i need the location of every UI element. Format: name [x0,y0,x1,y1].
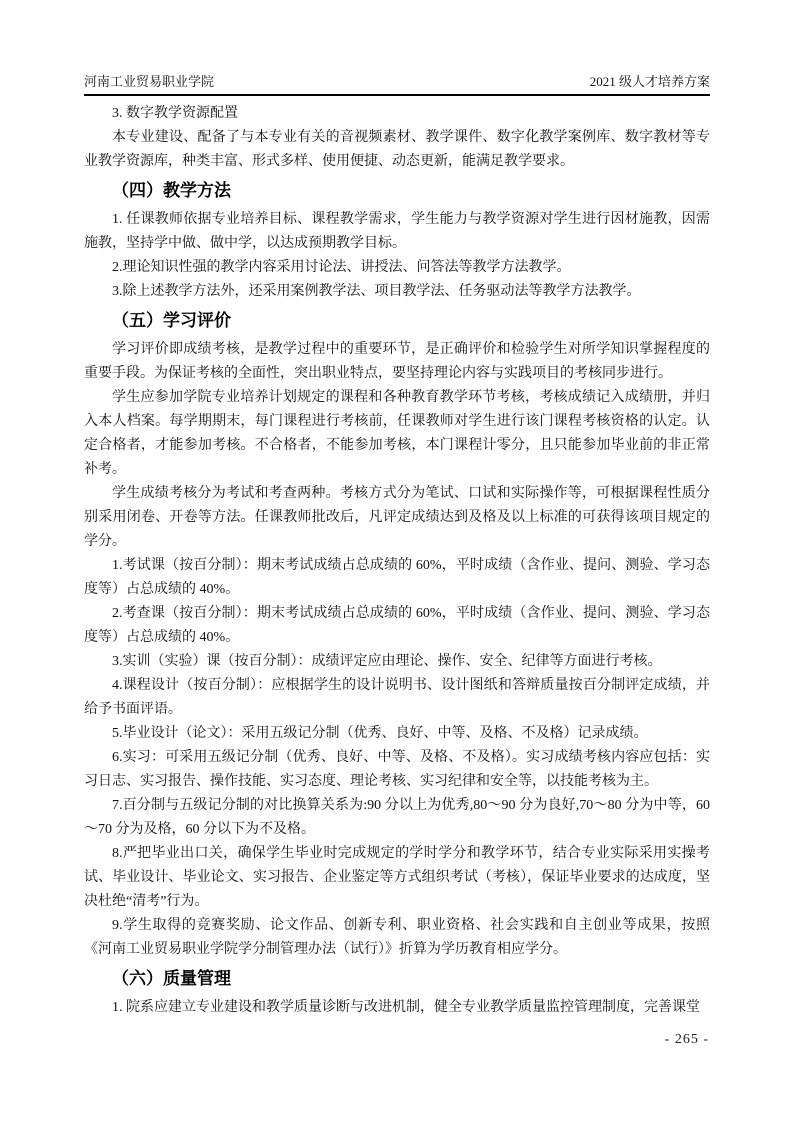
page-header: 河南工业贸易职业学院 2021 级人才培养方案 [84,75,710,96]
document-body: 3. 数字教学资源配置本专业建设、配备了与本专业有关的音视频素材、教学课件、数字… [84,102,710,1020]
paragraph: 1. 任课教师依据专业培养目标、课程教学需求，学生能力与教学资源对学生进行因材施… [84,208,710,256]
document-page: 河南工业贸易职业学院 2021 级人才培养方案 3. 数字教学资源配置本专业建设… [0,0,793,1122]
paragraph: 7.百分制与五级记分制的对比换算关系为:90 分以上为优秀,80～90 分为良好… [84,794,710,842]
page-number: - 265 - [665,1032,709,1047]
page-footer: - 265 - [665,1030,709,1050]
paragraph: 2.理论知识性强的教学内容采用讨论法、讲授法、问答法等教学方法教学。 [84,256,710,280]
paragraph: 学生应参加学院专业培养计划规定的课程和各种教育教学环节考核，考核成绩记入成绩册，… [84,386,710,482]
paragraph: 3.除上述教学方法外，还采用案例教学法、项目教学法、任务驱动法等教学方法教学。 [84,280,710,304]
section-heading: （四）教学方法 [84,179,710,203]
paragraph: 4.课程设计（按百分制）：应根据学生的设计说明书、设计图纸和答辩质量按百分制评定… [84,674,710,722]
subheading: 3. 数字教学资源配置 [84,102,710,126]
header-plan-title: 2021 级人才培养方案 [590,75,710,89]
paragraph: 2.考查课（按百分制）：期末考试成绩占总成绩的 60%，平时成绩（含作业、提问、… [84,602,710,650]
paragraph: 1.考试课（按百分制）：期末考试成绩占总成绩的 60%，平时成绩（含作业、提问、… [84,554,710,602]
paragraph: 1. 院系应建立专业建设和教学质量诊断与改进机制，健全专业教学质量监控管理制度，… [84,996,710,1020]
paragraph: 学生成绩考核分为考试和考查两种。考核方式分为笔试、口试和实际操作等，可根据课程性… [84,482,710,554]
section-heading: （五）学习评价 [84,309,710,333]
paragraph: 3.实训（实验）课（按百分制）：成绩评定应由理论、操作、安全、纪律等方面进行考核… [84,650,710,674]
section-heading: （六）质量管理 [84,967,710,991]
paragraph: 8.严把毕业出口关，确保学生毕业时完成规定的学时学分和教学环节，结合专业实际采用… [84,842,710,914]
paragraph: 9.学生取得的竞赛奖励、论文作品、创新专利、职业资格、社会实践和自主创业等成果，… [84,914,710,962]
header-school-name: 河南工业贸易职业学院 [84,75,214,89]
paragraph: 本专业建设、配备了与本专业有关的音视频素材、教学课件、数字化教学案例库、数字教材… [84,126,710,174]
paragraph: 5.毕业设计（论文）：采用五级记分制（优秀、良好、中等、及格、不及格）记录成绩。 [84,722,710,746]
paragraph: 6.实习：可采用五级记分制（优秀、良好、中等、及格、不及格）。实习成绩考核内容应… [84,746,710,794]
paragraph: 学习评价即成绩考核，是教学过程中的重要环节，是正确评价和检验学生对所学知识掌握程… [84,338,710,386]
